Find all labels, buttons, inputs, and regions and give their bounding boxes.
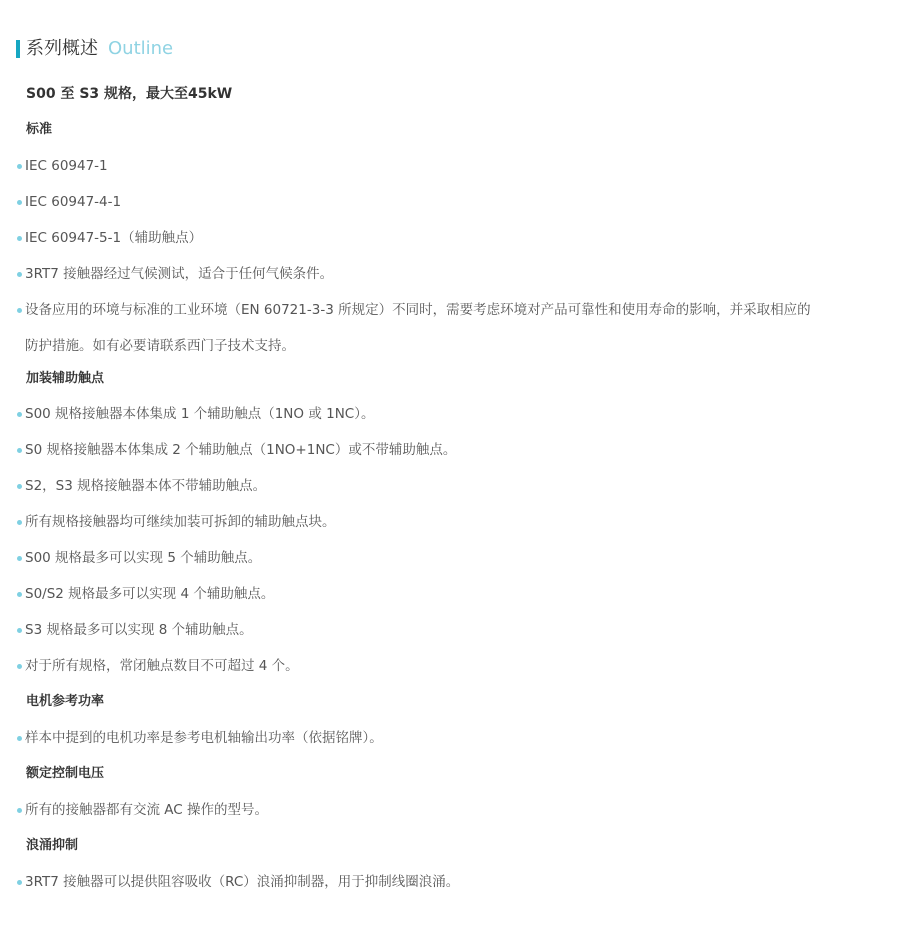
bullet-dot-icon [17, 448, 22, 453]
headline: S00 至 S3 规格，最大至45kW [0, 76, 900, 112]
bullet-dot-icon [17, 200, 22, 205]
bullet-dot-icon [17, 736, 22, 741]
list-item-continuation: 防护措施。如有必要请联系西门子技术支持。 [0, 328, 900, 364]
bullet-dot-icon [17, 808, 22, 813]
section-heading-motor-power: 电机参考功率 [0, 684, 900, 720]
section-heading-surge-suppression: 浪涌抑制 [0, 828, 900, 864]
outline-content: S00 至 S3 规格，最大至45kW 标准 IEC 60947-1 IEC 6… [0, 76, 900, 900]
list-item: S0 规格接触器本体集成 2 个辅助触点（1NO+1NC）或不带辅助触点。 [0, 432, 900, 468]
bullet-dot-icon [17, 592, 22, 597]
list-item: S00 规格最多可以实现 5 个辅助触点。 [0, 540, 900, 576]
bullet-dot-icon [17, 664, 22, 669]
bullet-dot-icon [17, 272, 22, 277]
bullet-dot-icon [17, 484, 22, 489]
list-item: S00 规格接触器本体集成 1 个辅助触点（1NO 或 1NC）。 [0, 396, 900, 432]
list-item: 3RT7 接触器经过气候测试，适合于任何气候条件。 [0, 256, 900, 292]
list-item: S0/S2 规格最多可以实现 4 个辅助触点。 [0, 576, 900, 612]
list-item: 所有规格接触器均可继续加装可拆卸的辅助触点块。 [0, 504, 900, 540]
section-heading-standards: 标准 [0, 112, 900, 148]
bullet-dot-icon [17, 236, 22, 241]
bullet-dot-icon [17, 628, 22, 633]
bullet-dot-icon [17, 880, 22, 885]
bullet-dot-icon [17, 556, 22, 561]
title-chinese: 系列概述 [26, 38, 98, 60]
list-item: IEC 60947-4-1 [0, 184, 900, 220]
bullet-dot-icon [17, 412, 22, 417]
bullet-dot-icon [17, 520, 22, 525]
list-item: 样本中提到的电机功率是参考电机轴输出功率（依据铭牌）。 [0, 720, 900, 756]
section-heading-aux-contacts: 加装辅助触点 [0, 364, 900, 396]
list-item: IEC 60947-5-1（辅助触点） [0, 220, 900, 256]
title-accent-bar [16, 40, 20, 58]
list-item: 所有的接触器都有交流 AC 操作的型号。 [0, 792, 900, 828]
section-heading-control-voltage: 额定控制电压 [0, 756, 900, 792]
bullet-dot-icon [17, 164, 22, 169]
list-item: IEC 60947-1 [0, 148, 900, 184]
list-item: 3RT7 接触器可以提供阻容吸收（RC）浪涌抑制器，用于抑制线圈浪涌。 [0, 864, 900, 900]
section-title: 系列概述 Outline [16, 38, 173, 60]
list-item: 对于所有规格，常闭触点数目不可超过 4 个。 [0, 648, 900, 684]
title-english: Outline [108, 38, 173, 60]
list-item: S3 规格最多可以实现 8 个辅助触点。 [0, 612, 900, 648]
bullet-dot-icon [17, 308, 22, 313]
list-item: 设备应用的环境与标准的工业环境（EN 60721-3-3 所规定）不同时，需要考… [0, 292, 900, 328]
list-item: S2，S3 规格接触器本体不带辅助触点。 [0, 468, 900, 504]
